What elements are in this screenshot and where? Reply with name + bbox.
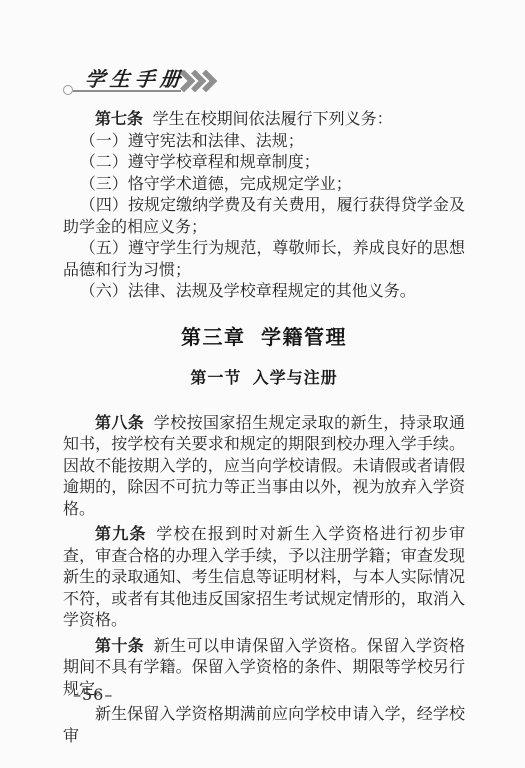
duty-item-1: （一）遵守宪法和法律、法规； — [63, 130, 465, 152]
article-10-number: 第十条 — [95, 636, 144, 655]
article-10-continuation-paragraph: 新生保留入学资格期满前应向学校申请入学，经学校审 — [63, 703, 465, 746]
section-1-heading: 第一节 入学与注册 — [63, 367, 465, 389]
duty-item-3: （三）恪守学术道德，完成规定学业； — [63, 173, 465, 195]
duty-item-2: （二）遵守学校章程和规章制度； — [63, 151, 465, 173]
circle-bullet-icon — [63, 85, 73, 95]
page-body-text: 第七条学生在校期间依法履行下列义务： （一）遵守宪法和法律、法规； （二）遵守学… — [63, 104, 465, 746]
article-8-paragraph: 第八条学校按国家招生规定录取的新生，持录取通知书，按学校有关要求和规定的期限到校… — [63, 412, 465, 520]
article-7-text: 学生在校期间依法履行下列义务： — [153, 109, 393, 128]
article-7-number: 第七条 — [95, 109, 143, 128]
duty-item-6: （六）法律、法规及学校章程规定的其他义务。 — [63, 280, 465, 302]
handbook-page: 学生手册 第七条学生在校期间依法履行下列义务： （一）遵守宪法和法律、法规； （… — [0, 0, 525, 768]
chapter-3-heading: 第三章 学籍管理 — [63, 324, 465, 350]
article-9-paragraph: 第九条学校在报到时对新生入学资格进行初步审查，审查合格的办理入学手续，予以注册学… — [63, 523, 465, 631]
article-8-number: 第八条 — [95, 413, 144, 432]
article-9-number: 第九条 — [95, 524, 147, 543]
page-number: –56– — [73, 685, 113, 704]
article-7-paragraph: 第七条学生在校期间依法履行下列义务： — [63, 108, 465, 130]
triple-chevron-right-icon — [180, 70, 218, 96]
article-10-paragraph: 第十条新生可以申请保留入学资格。保留入学资格期间不具有学籍。保留入学资格的条件、… — [63, 635, 465, 700]
duty-item-5: （五）遵守学生行为规范，尊敬师长，养成良好的思想品德和行为习惯； — [63, 237, 465, 280]
handbook-brand-title: 学生手册 — [84, 66, 187, 92]
duty-item-4: （四）按规定缴纳学费及有关费用，履行获得贷学金及助学金的相应义务； — [63, 194, 465, 237]
page-running-head: 学生手册 — [63, 66, 465, 96]
